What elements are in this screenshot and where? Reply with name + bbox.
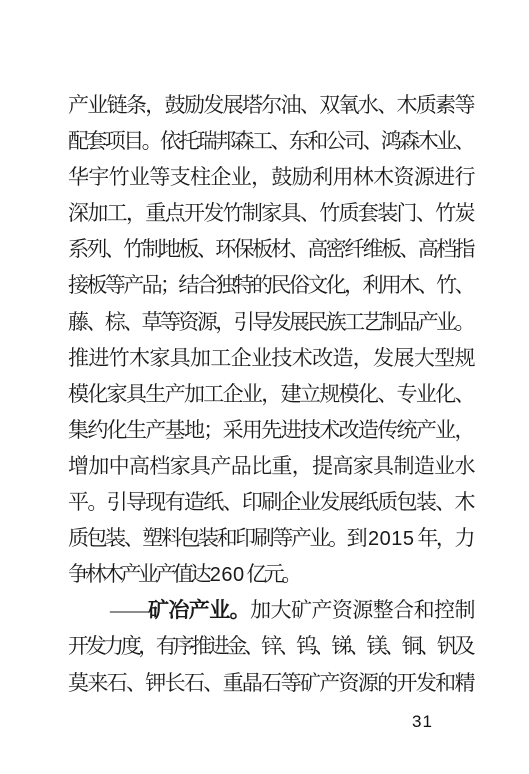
body-text: 模化家具生产加工企业，建立规模化、专业化、 xyxy=(68,382,472,406)
body-text: 集约化生产基地；采用先进技术改造传统产业， xyxy=(68,418,472,442)
body-text: 争林木产业产值达 xyxy=(68,562,210,586)
body-text: 亿元。 xyxy=(245,562,299,586)
body-text: 年，力 xyxy=(415,526,472,550)
text-line: 增加中高档家具产品比重，提高家具制造业水 xyxy=(68,448,472,484)
text-line: 争林木产业产值达 260 亿元。 xyxy=(68,556,472,592)
numeric-text: 260 xyxy=(210,564,245,586)
body-text: 华宇竹业等支柱企业，鼓励利用林木资源进行 xyxy=(68,165,472,189)
body-text: 增加中高档家具产品比重，提高家具制造业水 xyxy=(68,454,472,478)
body-text: 产业链条，鼓励发展塔尔油、双氧水、木质素等 xyxy=(68,93,472,117)
body-text: 平。引导现有造纸、印刷企业发展纸质包装、木 xyxy=(68,490,472,514)
text-line: 莫来石、钾长石、重晶石等矿产资源的开发和精 xyxy=(68,665,472,701)
text-line: 模化家具生产加工企业，建立规模化、专业化、 xyxy=(68,376,472,412)
text-line: 华宇竹业等支柱企业，鼓励利用林木资源进行 xyxy=(68,159,472,195)
body-text: 藤、棕、草等资源，引导发展民族工艺制品产业。 xyxy=(68,310,472,334)
text-line: 产业链条，鼓励发展塔尔油、双氧水、木质素等 xyxy=(68,87,472,123)
body-text: —— xyxy=(110,598,145,622)
text-line: 推进竹木家具加工企业技术改造，发展大型规 xyxy=(68,340,472,376)
body-text: 加大矿产资源整合和控制 xyxy=(250,598,472,622)
text-line: 接板等产品；结合独特的民俗文化，利用木、竹、 xyxy=(68,267,472,303)
body-text: 深加工，重点开发竹制家具、竹质套装门、竹炭 xyxy=(68,201,472,225)
emphasis-text: 矿冶产业。 xyxy=(145,598,250,622)
document-page: 产业链条，鼓励发展塔尔油、双氧水、木质素等配套项目。依托瑞邦森工、东和公司、鸿森… xyxy=(0,0,529,774)
text-line: 集约化生产基地；采用先进技术改造传统产业， xyxy=(68,412,472,448)
body-text: 质包装、塑料包装和印刷等产业。到 xyxy=(68,526,368,550)
text-line: 深加工，重点开发竹制家具、竹质套装门、竹炭 xyxy=(68,195,472,231)
text-line: 系列、竹制地板、环保板材、高密纤维板、高档指 xyxy=(68,231,472,267)
text-line: 质包装、塑料包装和印刷等产业。到 2015 年，力 xyxy=(68,520,472,556)
text-line: 平。引导现有造纸、印刷企业发展纸质包装、木 xyxy=(68,484,472,520)
text-line: 配套项目。依托瑞邦森工、东和公司、鸿森木业、 xyxy=(68,123,472,159)
numeric-text: 2015 xyxy=(368,528,415,550)
text-block: 产业链条，鼓励发展塔尔油、双氧水、木质素等配套项目。依托瑞邦森工、东和公司、鸿森… xyxy=(68,87,472,701)
body-text: 开发力度，有序推进金、锌、钨、锑、镁、铜、钒及 xyxy=(68,634,472,658)
text-line: 藤、棕、草等资源，引导发展民族工艺制品产业。 xyxy=(68,304,472,340)
body-text: 配套项目。依托瑞邦森工、东和公司、鸿森木业、 xyxy=(68,129,472,153)
body-text: 莫来石、钾长石、重晶石等矿产资源的开发和精 xyxy=(68,671,472,695)
body-text: 系列、竹制地板、环保板材、高密纤维板、高档指 xyxy=(68,237,472,261)
body-text: 推进竹木家具加工企业技术改造，发展大型规 xyxy=(68,346,472,370)
page-number: 31 xyxy=(412,712,433,732)
text-line: ——矿冶产业。加大矿产资源整合和控制 xyxy=(68,592,472,628)
body-text: 接板等产品；结合独特的民俗文化，利用木、竹、 xyxy=(68,273,472,297)
text-line: 开发力度，有序推进金、锌、钨、锑、镁、铜、钒及 xyxy=(68,628,472,664)
